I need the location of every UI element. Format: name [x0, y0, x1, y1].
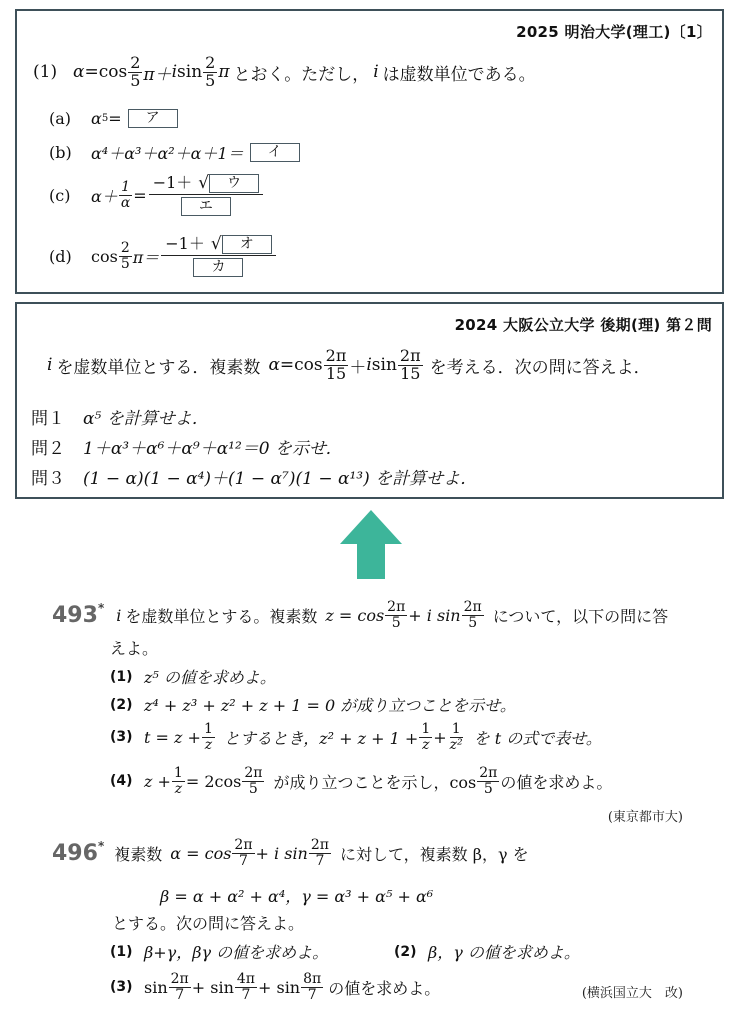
fraction: 8π7 — [301, 972, 323, 1002]
answer-box-u: ウ — [209, 174, 259, 193]
answer-box-o: オ — [222, 235, 272, 254]
answer-box-a: ア — [128, 109, 178, 128]
p493-line1: 493* i を虚数単位とする。複素数 z = cos 2π5 + i sin … — [52, 600, 668, 630]
fraction: 2π5 — [385, 600, 407, 630]
fraction: 1z — [202, 722, 215, 752]
fraction: 25 — [203, 55, 217, 90]
p493-sub3: (3) t = z + 1z とするとき，z² + z + 1 + 1z + 1… — [110, 722, 602, 752]
fraction: 1z — [419, 722, 432, 752]
fraction: 1α — [119, 180, 132, 210]
question-2: 問２ 1＋α³＋α⁶＋α⁹＋α¹²＝0 を示せ． — [31, 434, 343, 459]
sqrt-icon: √ — [211, 236, 222, 254]
fraction: 2π15 — [324, 348, 349, 383]
answer-fraction: −1＋ √ ウ エ — [149, 174, 263, 216]
fraction: 2π7 — [232, 838, 254, 868]
fraction: 2π5 — [477, 766, 499, 796]
source-label: 2024 大阪公立大学 後期(理) 第２問 — [455, 314, 712, 335]
fraction: 25 — [119, 241, 132, 271]
p496-sub2: (2) β，γ の値を求めよ。 — [394, 940, 580, 963]
fraction: 1z² — [448, 722, 465, 752]
answer-fraction: −1＋ √ オ カ — [161, 235, 275, 277]
fraction: 2π5 — [242, 766, 264, 796]
answer-box-ka: カ — [193, 258, 243, 277]
citation: (横浜国立大 改) — [582, 982, 683, 1001]
p493-line2: えよ。 — [110, 636, 158, 659]
problem-number: 496* — [52, 841, 104, 866]
fraction: 1z — [172, 766, 185, 796]
fraction: 2π5 — [462, 600, 484, 630]
citation: (東京都市大) — [608, 806, 683, 825]
p496-line3: とする。次の問に答えよ。 — [112, 911, 304, 934]
problem-box-meiji: 2025 明治大学(理工)〔1〕 (1) α =cos 25 π＋ i sin … — [15, 9, 724, 294]
answer-box-e: エ — [181, 197, 231, 216]
intro-line: (1) α =cos 25 π＋ i sin 25 π とおく。ただし， i は… — [33, 55, 536, 90]
problem-box-osaka: 2024 大阪公立大学 後期(理) 第２問 i を虚数単位とする．複素数 α =… — [15, 302, 724, 499]
fraction: 2π7 — [169, 972, 191, 1002]
answer-box-i: イ — [250, 143, 300, 162]
up-arrow-icon — [340, 510, 402, 579]
item-a: (a) α5 = ア — [49, 109, 178, 128]
p493-sub1: (1) z⁵ の値を求めよ。 — [110, 665, 276, 688]
fraction: 4π7 — [235, 972, 257, 1002]
p493-sub2: (2) z⁴ + z³ + z² + z + 1 = 0 が成り立つことを示せ。 — [110, 693, 516, 716]
sqrt-icon: √ — [198, 175, 209, 193]
source-label: 2025 明治大学(理工)〔1〕 — [516, 21, 712, 42]
p496-line1: 496* 複素数 α = cos 2π7 + i sin 2π7 に対して，複素… — [52, 838, 529, 868]
question-3: 問３ (1 − α)(1 − α⁴)＋(1 − α⁷)(1 − α¹³) を計算… — [31, 464, 477, 489]
p493-sub4: (4) z + 1z = 2cos 2π5 が成り立つことを示し，cos 2π5… — [110, 766, 612, 796]
problem-number: 493* — [52, 603, 104, 628]
item-d: (d) cos 25 π＝ −1＋ √ オ カ — [49, 235, 277, 277]
p496-definitions: β = α + α² + α⁴，γ = α³ + α⁵ + α⁶ — [160, 884, 433, 907]
fraction: 2π7 — [309, 838, 331, 868]
fraction: 2π15 — [398, 348, 423, 383]
item-b: (b) α⁴＋α³＋α²＋α＋1＝ イ — [49, 141, 300, 164]
p496-sub3: (3) sin 2π7 + sin 4π7 + sin 8π7 の値を求めよ。 — [110, 972, 440, 1002]
intro-line: i を虚数単位とする．複素数 α =cos 2π15 ＋ i sin 2π15 … — [47, 348, 651, 383]
p496-sub1: (1) β+γ，βγ の値を求めよ。 — [110, 940, 328, 963]
question-1: 問１ α⁵ を計算せよ． — [31, 404, 209, 429]
fraction: 25 — [128, 55, 142, 90]
item-c: (c) α＋ 1α = −1＋ √ ウ エ — [49, 174, 264, 216]
